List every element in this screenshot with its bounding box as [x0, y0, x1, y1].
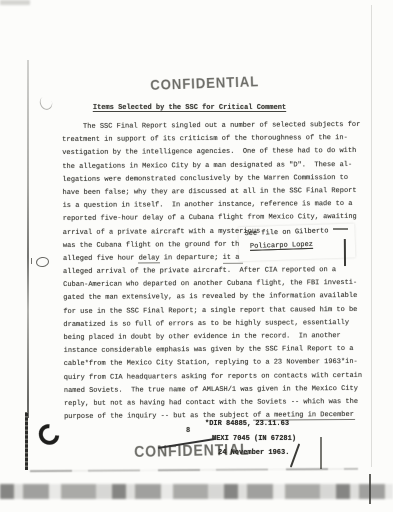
scan-smudge-artifact	[0, 0, 30, 5]
scan-edge-line-left	[27, 60, 29, 418]
body-line: arrival of a private aircraft with a mys…	[63, 224, 363, 239]
pen-dash-mark	[223, 263, 243, 264]
note-slip-line: Policarpo Lopez	[250, 241, 313, 251]
scan-noise-tick	[369, 474, 371, 504]
underline-mark-delay	[138, 262, 160, 263]
pen-stroke-mark	[344, 239, 346, 266]
pen-dash-mark	[333, 228, 348, 230]
hole-punch-mark	[35, 256, 49, 268]
page-number: 8	[186, 427, 190, 435]
scan-edge-line-right	[371, 5, 372, 467]
reference-note-line: MEXI 7045 (IN 67281)	[212, 435, 296, 443]
document-page: CONFIDENTIAL Items Selected by the SSC f…	[0, 0, 393, 512]
scan-edge-line-left-bold	[25, 412, 28, 470]
document-title: Items Selected by the SSC for Critical C…	[0, 104, 379, 112]
scan-noise-band	[0, 484, 393, 499]
ink-blob-mark	[35, 420, 64, 449]
reference-note-line: 24 November 1963.	[218, 449, 289, 457]
pen-tick-mark	[320, 437, 322, 469]
body-text: The SSC Final Report singled out a numbe…	[62, 119, 364, 424]
page-bottom-edge-line	[30, 468, 358, 472]
pen-slash-mark	[290, 443, 300, 467]
hole-punch-tick-mark	[31, 258, 32, 264]
reference-note-line: *DIR 84885, 23.11.63	[205, 420, 289, 428]
confidential-stamp-top: CONFIDENTIAL	[150, 73, 259, 94]
